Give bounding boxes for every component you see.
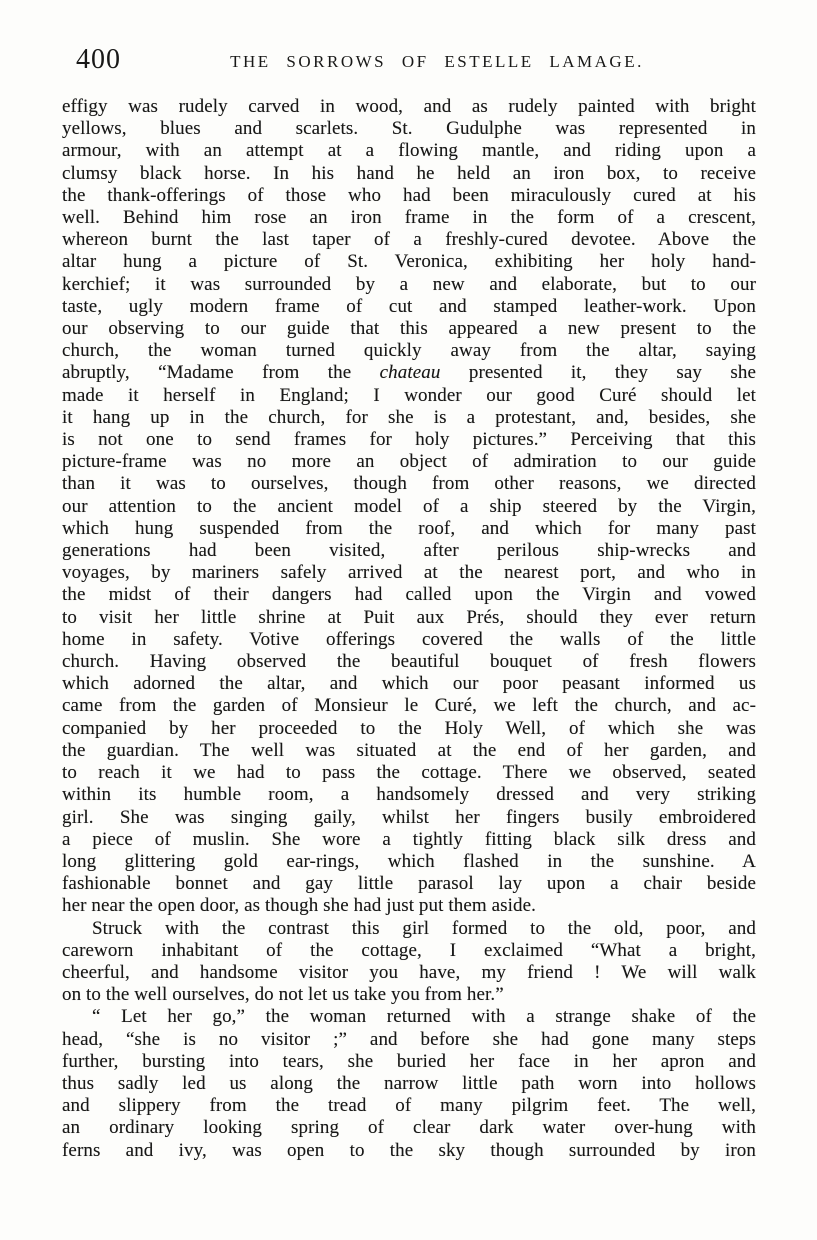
text-line: effigy was rudely carved in wood, and as… bbox=[62, 96, 756, 118]
page-header: 400 THE SORROWS OF ESTELLE LAMAGE. bbox=[62, 44, 756, 84]
text-line: generations had been visited, after peri… bbox=[62, 540, 756, 562]
text-line: and slippery from the tread of many pilg… bbox=[62, 1095, 756, 1117]
text-line: clumsy black horse. In his hand he held … bbox=[62, 163, 756, 185]
text-line: which hung suspended from the roof, and … bbox=[62, 518, 756, 540]
text-line: our attention to the ancient model of a … bbox=[62, 496, 756, 518]
text-line: altar hung a picture of St. Veronica, ex… bbox=[62, 251, 756, 273]
paragraph-1: effigy was rudely carved in wood, and as… bbox=[62, 96, 756, 918]
text-line: taste, ugly modern frame of cut and stam… bbox=[62, 296, 756, 318]
text-line: kerchief; it was surrounded by a new and… bbox=[62, 274, 756, 296]
text-line: armour, with an attempt at a flowing man… bbox=[62, 140, 756, 162]
text-line: careworn inhabitant of the cottage, I ex… bbox=[62, 940, 756, 962]
text-line: on to the well ourselves, do not let us … bbox=[62, 984, 756, 1006]
text-line: our observing to our guide that this app… bbox=[62, 318, 756, 340]
text-block: effigy was rudely carved in wood, and as… bbox=[62, 96, 756, 1162]
text-line: which adorned the altar, and which our p… bbox=[62, 673, 756, 695]
text-line: picture-frame was no more an object of a… bbox=[62, 451, 756, 473]
text-line: came from the garden of Monsieur le Curé… bbox=[62, 695, 756, 717]
text-line: a piece of muslin. She wore a tightly fi… bbox=[62, 829, 756, 851]
text-line: the thank-offerings of those who had bee… bbox=[62, 185, 756, 207]
text-line: an ordinary looking spring of clear dark… bbox=[62, 1117, 756, 1139]
text-line: home in safety. Votive offerings covered… bbox=[62, 629, 756, 651]
text-line: companied by her proceeded to the Holy W… bbox=[62, 718, 756, 740]
text-line: thus sadly led us along the narrow littl… bbox=[62, 1073, 756, 1095]
running-title: THE SORROWS OF ESTELLE LAMAGE. bbox=[62, 44, 756, 72]
text-line: within its humble room, a handsomely dre… bbox=[62, 784, 756, 806]
paragraph-3: “ Let her go,” the woman returned with a… bbox=[62, 1006, 756, 1161]
text-line: made it herself in England; I wonder our… bbox=[62, 385, 756, 407]
text-line: “ Let her go,” the woman returned with a… bbox=[62, 1006, 756, 1028]
book-page: 400 THE SORROWS OF ESTELLE LAMAGE. effig… bbox=[0, 0, 817, 1240]
text-line: yellows, blues and scarlets. St. Gudulph… bbox=[62, 118, 756, 140]
text-line: ferns and ivy, was open to the sky thoug… bbox=[62, 1140, 756, 1162]
text-line: than it was to ourselves, though from ot… bbox=[62, 473, 756, 495]
text-line: girl. She was singing gaily, whilst her … bbox=[62, 807, 756, 829]
text-line: the guardian. The well was situated at t… bbox=[62, 740, 756, 762]
text-line: cheerful, and handsome visitor you have,… bbox=[62, 962, 756, 984]
text-line: church, the woman turned quickly away fr… bbox=[62, 340, 756, 362]
text-line: to visit her little shrine at Puit aux P… bbox=[62, 607, 756, 629]
page-number: 400 bbox=[76, 44, 121, 76]
text-line: to reach it we had to pass the cottage. … bbox=[62, 762, 756, 784]
text-line: further, bursting into tears, she buried… bbox=[62, 1051, 756, 1073]
text-line: Struck with the contrast this girl forme… bbox=[62, 918, 756, 940]
text-segment: presented it, they say she bbox=[441, 362, 756, 383]
text-line: church. Having observed the beautiful bo… bbox=[62, 651, 756, 673]
text-line: well. Behind him rose an iron frame in t… bbox=[62, 207, 756, 229]
text-line: it hang up in the church, for she is a p… bbox=[62, 407, 756, 429]
italic-word: chateau bbox=[380, 362, 441, 383]
text-line: fashionable bonnet and gay little paraso… bbox=[62, 873, 756, 895]
text-line: whereon burnt the last taper of a freshl… bbox=[62, 229, 756, 251]
text-segment: abruptly, “Madame from the bbox=[62, 362, 380, 383]
text-line: head, “she is no visitor ;” and before s… bbox=[62, 1029, 756, 1051]
text-line: is not one to send frames for holy pictu… bbox=[62, 429, 756, 451]
text-line: long glittering gold ear-rings, which fl… bbox=[62, 851, 756, 873]
paragraph-2: Struck with the contrast this girl forme… bbox=[62, 918, 756, 1007]
text-line: voyages, by mariners safely arrived at t… bbox=[62, 562, 756, 584]
text-line-with-italic: abruptly, “Madame from the chateau prese… bbox=[62, 362, 756, 384]
text-line: the midst of their dangers had called up… bbox=[62, 584, 756, 606]
text-line: her near the open door, as though she ha… bbox=[62, 895, 756, 917]
